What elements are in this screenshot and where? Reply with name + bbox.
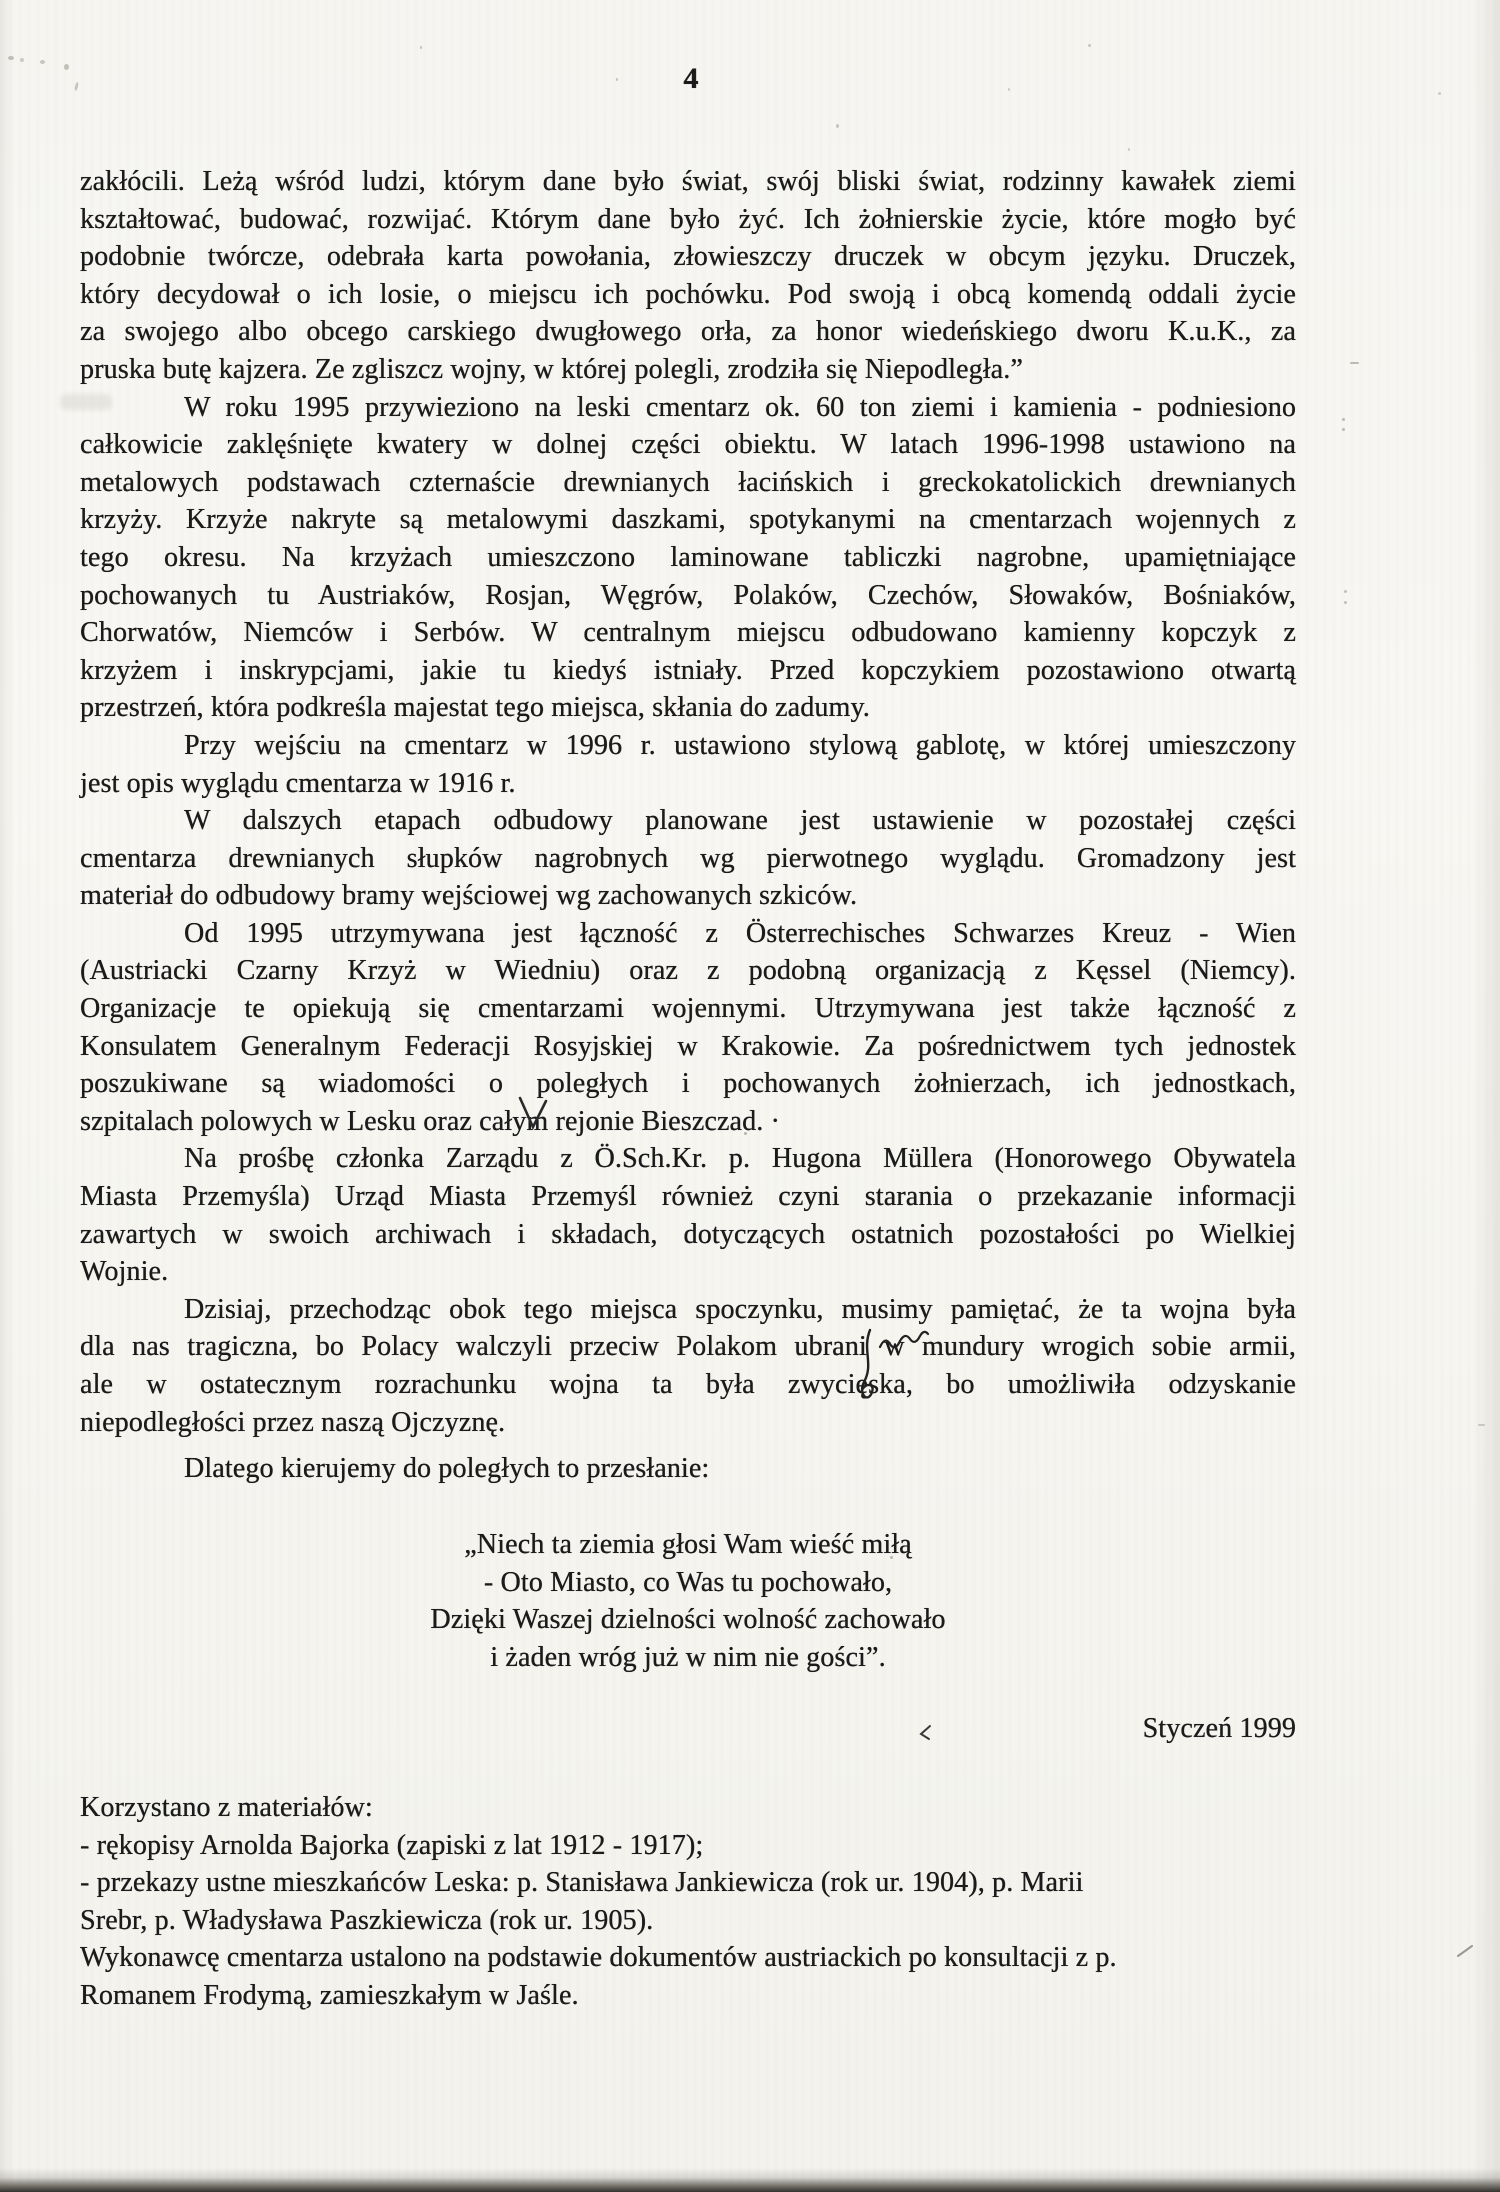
text-line: dla nas tragiczna, bo Polacy walczyli pr… — [80, 1328, 1296, 1366]
scan-edge-right — [1472, 0, 1500, 2192]
scan-speck — [64, 64, 69, 70]
text-line: W roku 1995 przywieziono na leski cmenta… — [80, 389, 1296, 427]
text-line: Konsulatem Generalnym Federacji Rosyjski… — [80, 1028, 1296, 1066]
text-line: Organizacje te opiekują się cmentarzami … — [80, 990, 1296, 1028]
paragraph: Na prośbę członka Zarządu z Ö.Sch.Kr. p.… — [80, 1140, 1296, 1290]
text-line: Dzięki Waszej dzielności wolność zachowa… — [80, 1601, 1296, 1639]
text-line: za swojego albo obcego carskiego dwugłow… — [80, 313, 1296, 351]
scan-speck — [890, 1556, 893, 1559]
text-line: poszukiwane są wiadomości o poległych i … — [80, 1065, 1296, 1103]
scan-speck — [744, 1132, 747, 1135]
text-line: Chorwatów, Niemców i Serbów. W centralny… — [80, 614, 1296, 652]
scan-speck — [40, 60, 45, 64]
scanned-document-page: 4 zakłócili. Leżą wśród ludzi, którym da… — [0, 0, 1500, 2192]
text-line: - Oto Miasto, co Was tu pochowało, — [80, 1564, 1296, 1602]
text-line: jest opis wyglądu cmentarza w 1916 r. — [80, 765, 1296, 803]
paragraph: Dzisiaj, przechodząc obok tego miejsca s… — [80, 1291, 1296, 1441]
text-line: Romanem Frodymą, zamieszkałym w Jaśle. — [80, 1977, 1350, 2015]
scan-speck — [1350, 362, 1359, 364]
scan-speck — [616, 78, 618, 81]
page-number: 4 — [0, 62, 1382, 96]
text-line: kształtować, budować, rozwijać. Którym d… — [80, 201, 1296, 239]
text-line: Srebr, p. Władysława Paszkiewicza (rok u… — [80, 1902, 1350, 1940]
text-line: pruska butę kajzera. Ze zgliszcz wojny, … — [80, 351, 1296, 389]
text-line: Od 1995 utrzymywana jest łączność z Öste… — [80, 915, 1296, 953]
text-line: całkowicie zaklęśnięte kwatery w dolnej … — [80, 426, 1296, 464]
text-line: Na prośbę członka Zarządu z Ö.Sch.Kr. p.… — [80, 1140, 1296, 1178]
text-line: przestrzeń, która podkreśla majestat teg… — [80, 689, 1296, 727]
scan-speck — [1008, 88, 1010, 91]
scan-speck — [836, 124, 839, 128]
scan-edge-bottom — [0, 2168, 1500, 2192]
text-line: szpitalach polowych w Lesku oraz całym r… — [80, 1103, 1296, 1141]
text-line: zakłócili. Leżą wśród ludzi, którym dane… — [80, 163, 1296, 201]
text-line: W dalszych etapach odbudowy planowane je… — [80, 802, 1296, 840]
date-line: Styczeń 1999 — [80, 1713, 1296, 1745]
text-line: pochowanych tu Austriaków, Rosjan, Węgró… — [80, 577, 1296, 615]
text-line: krzyżem i inskrypcjami, jakie tu kiedyś … — [80, 652, 1296, 690]
text-line: podobnie twórcze, odebrała karta powołan… — [80, 238, 1296, 276]
text-line: - rękopisy Arnolda Bajorka (zapiski z la… — [80, 1827, 1350, 1865]
paragraph: W dalszych etapach odbudowy planowane je… — [80, 802, 1296, 915]
text-line: Wykonawcę cmentarza ustalono na podstawi… — [80, 1939, 1350, 1977]
text-line: ale w ostatecznym rozrachunku wojna ta b… — [80, 1366, 1296, 1404]
text-line: krzyży. Krzyże nakryte są metalowymi das… — [80, 501, 1296, 539]
scan-speck — [20, 58, 24, 62]
text-line: który decydował o ich losie, o miejscu i… — [80, 276, 1296, 314]
scan-speck — [1438, 92, 1441, 95]
dedication-verse: „Niech ta ziemia głosi Wam wieść miłą- O… — [80, 1526, 1296, 1676]
scan-speck — [1344, 590, 1347, 593]
paragraph: Dlatego kierujemy do poległych to przesł… — [80, 1450, 1296, 1488]
paragraph: zakłócili. Leżą wśród ludzi, którym dane… — [80, 163, 1296, 389]
text-line: Miasta Przemyśla) Urząd Miasta Przemyśl … — [80, 1178, 1296, 1216]
text-line: - przekazy ustne mieszkańców Leska: p. S… — [80, 1864, 1350, 1902]
text-line: Przy wejściu na cmentarz w 1996 r. ustaw… — [80, 727, 1296, 765]
scan-speck — [1128, 148, 1130, 151]
scan-speck — [1342, 418, 1345, 421]
text-line: zawartych w swoich archiwach i składach,… — [80, 1216, 1296, 1254]
text-line: „Niech ta ziemia głosi Wam wieść miłą — [80, 1526, 1296, 1564]
scan-speck — [1344, 601, 1347, 604]
scan-speck — [1088, 44, 1091, 47]
paragraph: Od 1995 utrzymywana jest łączność z Öste… — [80, 915, 1296, 1141]
paragraph: Przy wejściu na cmentarz w 1996 r. ustaw… — [80, 727, 1296, 802]
scan-speck — [420, 46, 422, 49]
text-line: Dlatego kierujemy do poległych to przesł… — [80, 1450, 1296, 1488]
text-line: materiał do odbudowy bramy wejściowej wg… — [80, 877, 1296, 915]
stray-slash-mark — [1458, 1946, 1472, 1956]
text-line: Korzystano z materiałów: — [80, 1789, 1350, 1827]
text-line: cmentarza drewnianych słupków nagrobnych… — [80, 840, 1296, 878]
body-text: zakłócili. Leżą wśród ludzi, którym dane… — [80, 163, 1296, 1488]
text-line: (Austriacki Czarny Krzyż w Wiedniu) oraz… — [80, 952, 1296, 990]
text-line: i żaden wróg już w nim nie gości”. — [80, 1639, 1296, 1677]
text-line: Dzisiaj, przechodząc obok tego miejsca s… — [80, 1291, 1296, 1329]
bleed-through-ghost — [60, 394, 112, 410]
text-line: metalowych podstawach czternaście drewni… — [80, 464, 1296, 502]
paragraph: W roku 1995 przywieziono na leski cmenta… — [80, 389, 1296, 727]
scan-edge-left — [0, 0, 14, 2192]
text-line: niepodległości przez naszą Ojczyznę. — [80, 1404, 1296, 1442]
text-line: tego okresu. Na krzyżach umieszczono lam… — [80, 539, 1296, 577]
scan-speck — [1342, 428, 1345, 431]
sources-list: Korzystano z materiałów:- rękopisy Arnol… — [80, 1789, 1350, 2014]
text-line: Wojnie. — [80, 1253, 1296, 1291]
